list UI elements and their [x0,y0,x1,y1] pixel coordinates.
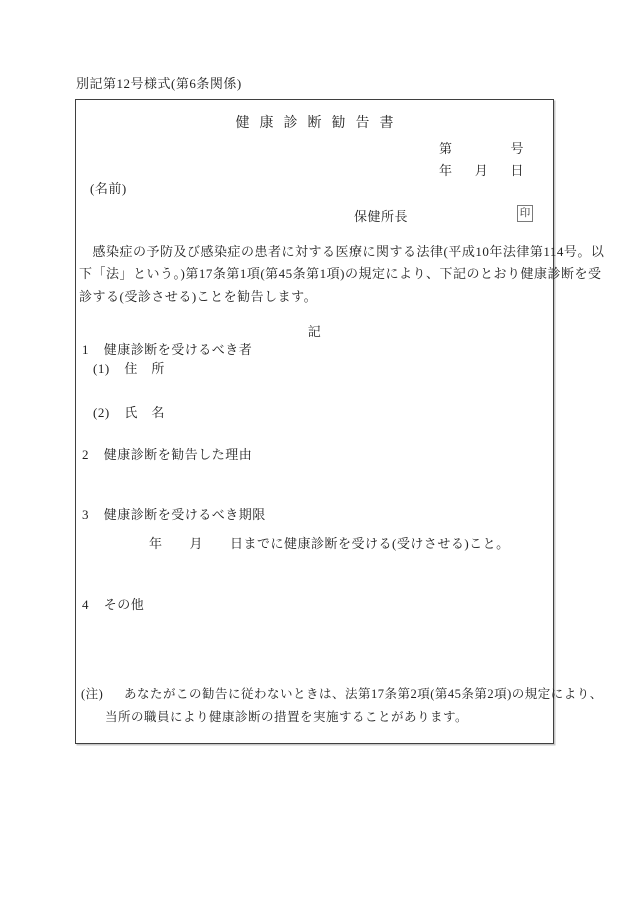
document-date-line: 年 月 日 [439,163,524,179]
record-marker: 記 [76,324,553,340]
date-month-label: 月 [475,163,489,179]
section-1-title: 健康診断を受けるべき者 [104,342,253,358]
document-number-suffix: 号 [510,141,524,157]
document-number-line: 第 号 [439,141,524,157]
name-item-text: 氏 名 [124,405,165,421]
body-paragraph-line: 感染症の予防及び感染症の患者に対する医療に関する法律(平成10年法律第114号。… [79,244,604,260]
section-1-number: 1 [82,342,89,358]
section-3-title: 健康診断を受けるべき期限 [104,507,266,523]
section-1-address-item: (1) 住 所 [93,361,165,377]
name-item-label: (2) [93,405,110,421]
section-4-number: 4 [82,597,89,613]
section-3-deadline-line: 年 月 日までに健康診断を受ける(受けさせる)こと。 [149,536,510,552]
issuer-title-label: 保健所長 [354,209,408,225]
document-number-prefix: 第 [439,141,453,157]
note-text: あなたがこの勧告に従わないときは、法第17条第2項(第45条第2項)の規定により… [124,687,603,702]
document-frame: 健康診断勧告書 第 号 年 月 日 (名前) 保健所長 印 感染症の予防及び感染… [75,99,554,744]
section-2-title: 健康診断を勧告した理由 [104,447,253,463]
note-label: (注) [81,687,103,701]
form-style-label: 別記第12号様式(第6条関係) [76,76,242,92]
address-item-label: (1) [93,361,110,377]
body-paragraph-line: 下「法」という。)第17条第1項(第45条第1項)の規定により、下記のとおり健康… [79,266,602,282]
section-1-heading: 1 健康診断を受けるべき者 [82,342,252,358]
address-item-text: 住 所 [124,361,165,377]
section-2-number: 2 [82,447,89,463]
section-4-heading: 4 その他 [82,597,144,613]
section-4-title: その他 [104,597,145,613]
addressee-name-label: (名前) [90,181,127,197]
seal-mark: 印 [517,205,533,222]
section-2-heading: 2 健康診断を勧告した理由 [82,447,252,463]
section-3-heading: 3 健康診断を受けるべき期限 [82,507,266,523]
section-1-name-item: (2) 氏 名 [93,405,165,421]
document-title: 健康診断勧告書 [76,116,553,133]
section-3-number: 3 [82,507,89,523]
date-year-label: 年 [439,163,453,179]
body-paragraph-line: 診する(受診させる)ことを勧告します。 [79,289,317,305]
note-line: 当所の職員により健康診断の措置を実施することがあります。 [105,710,468,725]
date-day-label: 日 [510,163,524,179]
note-line: (注) あなたがこの勧告に従わないときは、法第17条第2項(第45条第2項)の規… [81,687,603,702]
